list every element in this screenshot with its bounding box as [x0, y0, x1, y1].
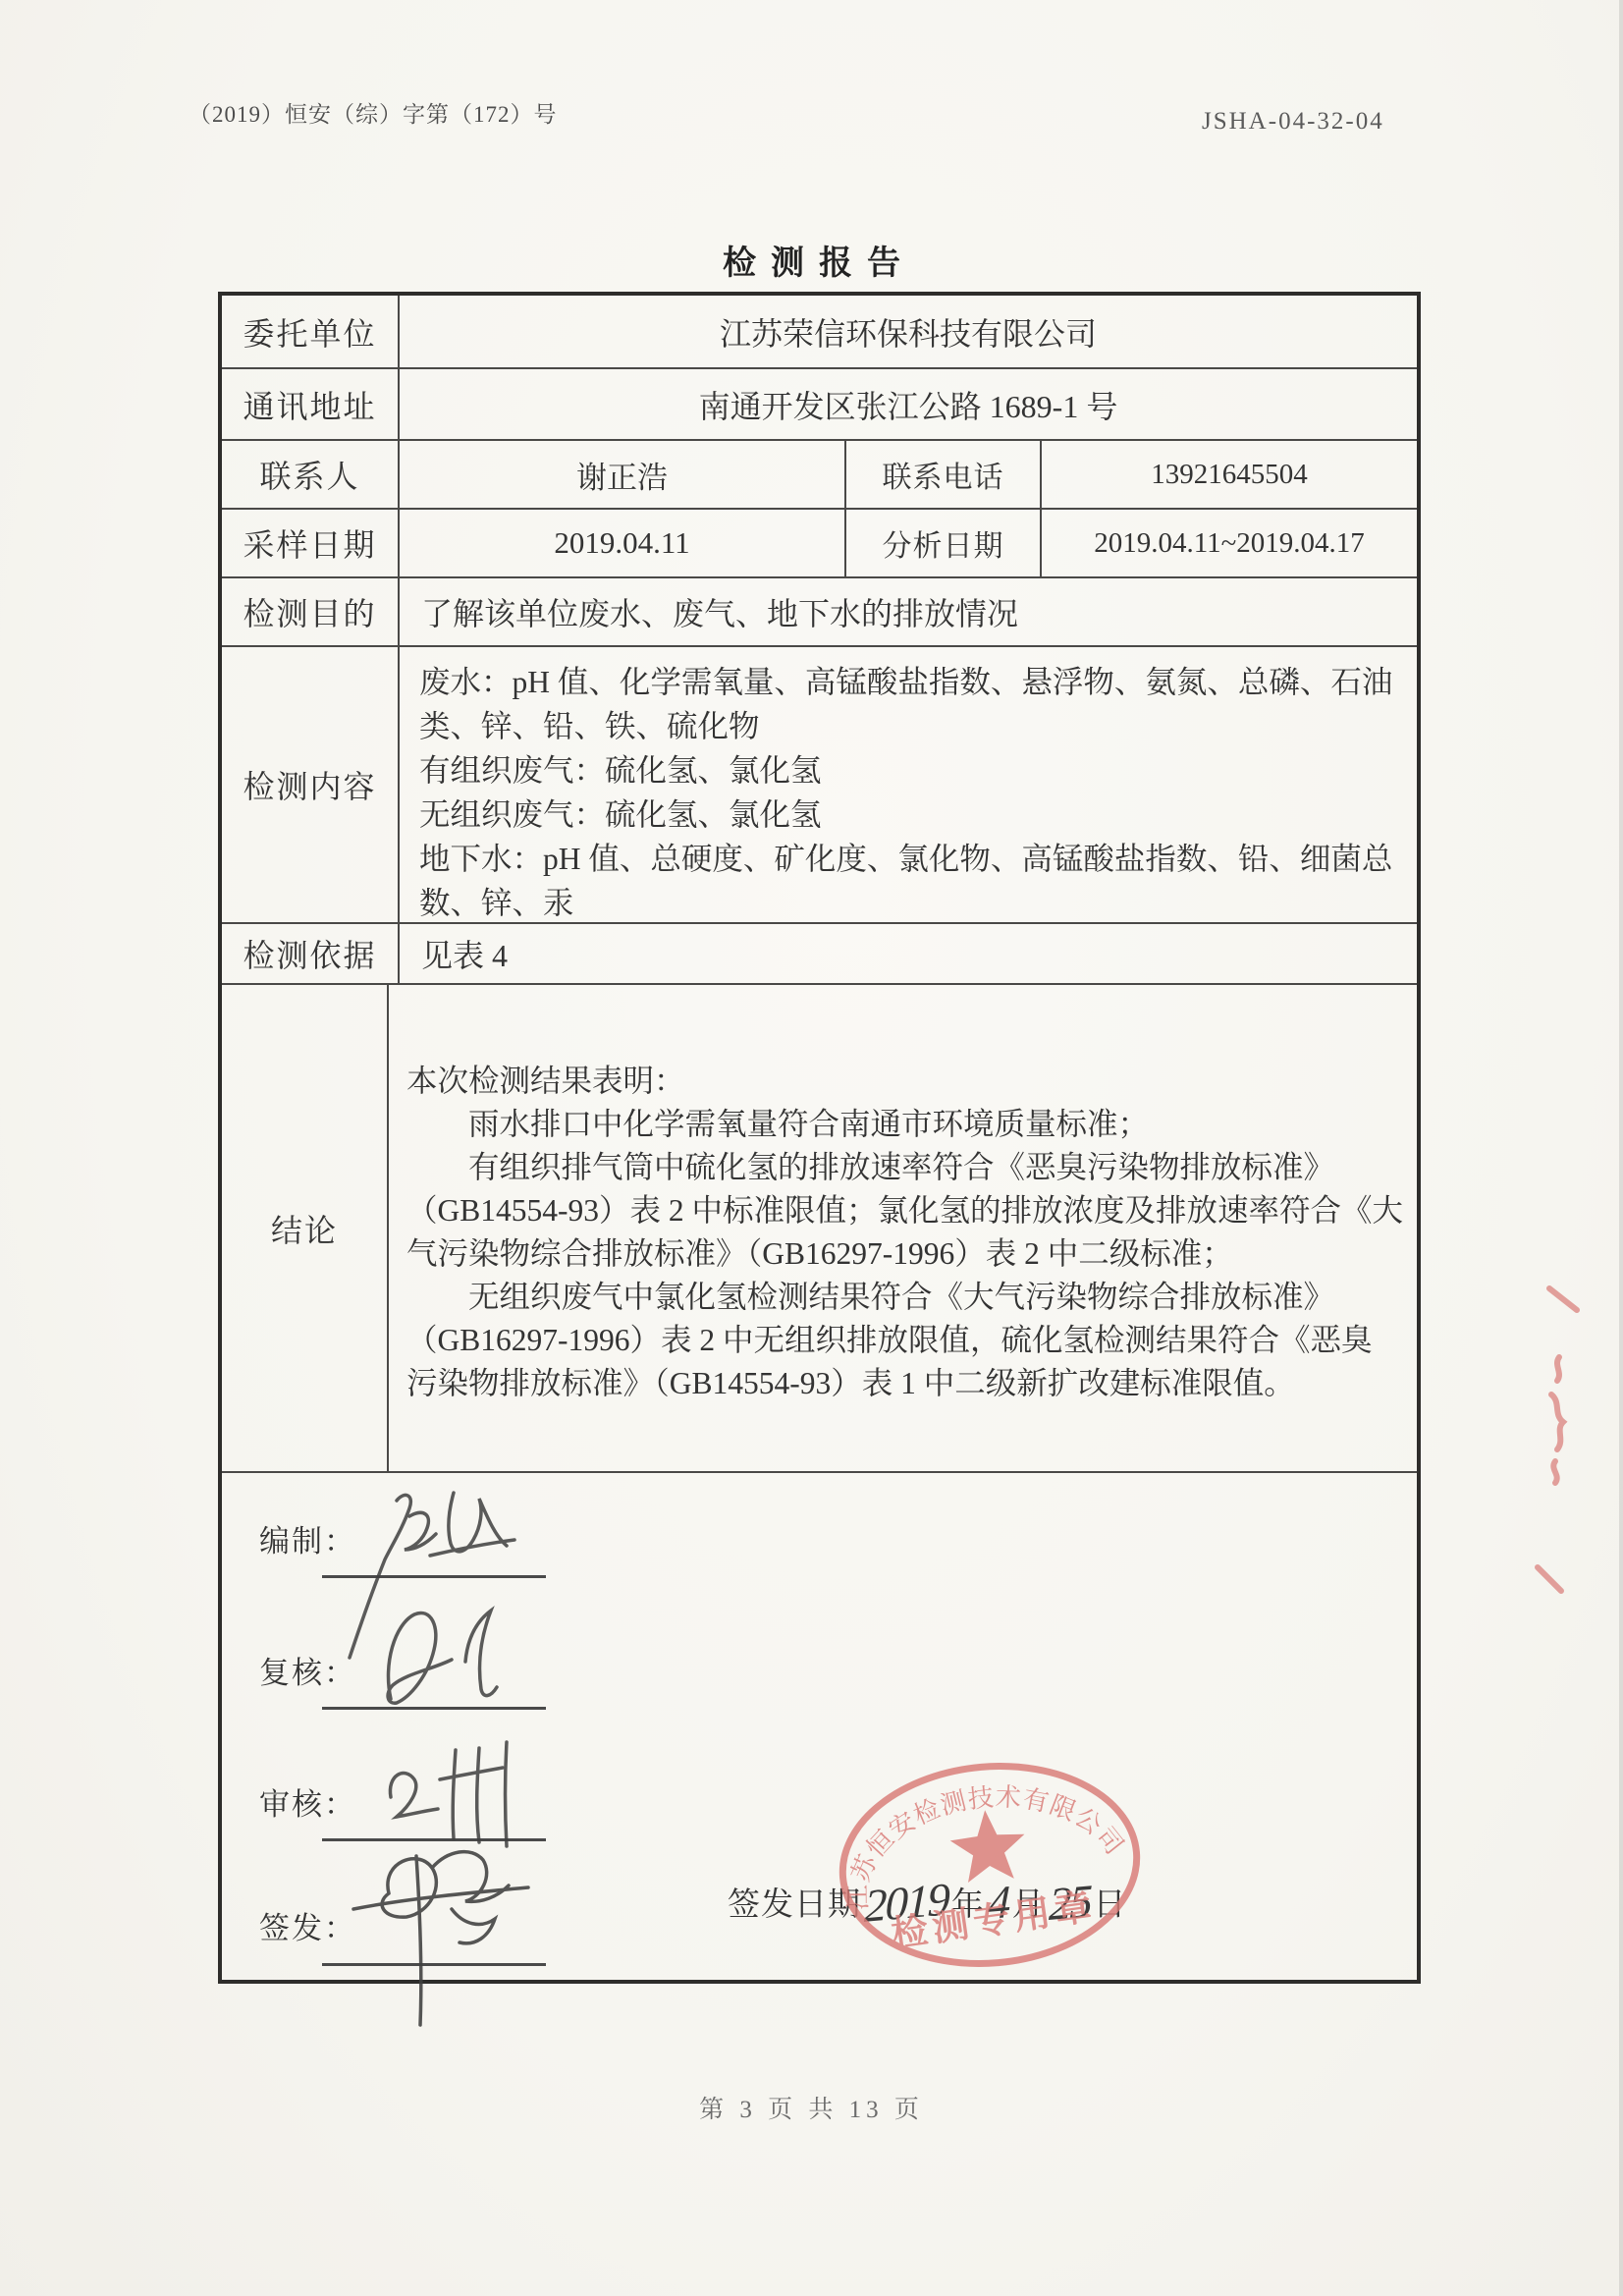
signature-scribble-prepared [336, 1483, 571, 1679]
content-value: 废水：pH 值、化学需氧量、高锰酸盐指数、悬浮物、氨氮、总磷、石油 类、锌、铅、… [400, 647, 1417, 922]
table-row-dates: 采样日期 2019.04.11 分析日期 2019.04.11~2019.04.… [222, 510, 1417, 578]
edge-stamp-fragment-icon [1520, 1267, 1589, 1620]
contact-value: 谢正浩 [400, 441, 846, 508]
content-line: 地下水：pH 值、总硬度、矿化度、氯化物、高锰酸盐指数、铅、细菌总 [419, 837, 1409, 881]
report-info-table: 委托单位 江苏荣信环保科技有限公司 通讯地址 南通开发区张江公路 1689-1 … [218, 292, 1421, 1984]
prepared-by: 编制： [259, 1516, 356, 1560]
sampling-date-label: 采样日期 [222, 510, 400, 576]
content-label: 检测内容 [222, 647, 400, 922]
content-line: 类、锌、铅、铁、硫化物 [419, 704, 1409, 748]
conclusion-line: （GB16297-1996）表 2 中无组织排放限值，硫化氢检测结果符合《恶臭 [406, 1319, 1403, 1362]
phone-label: 联系电话 [846, 441, 1042, 508]
client-label: 委托单位 [222, 296, 400, 367]
audit-label: 审核： [259, 1787, 356, 1822]
issued-by: 签发： [259, 1903, 356, 1947]
table-row-contact: 联系人 谢正浩 联系电话 13921645504 [222, 441, 1417, 510]
content-line: 有组织废气：硫化氢、氯化氢 [419, 748, 1409, 793]
signature-line [322, 1707, 546, 1710]
purpose-label: 检测目的 [222, 578, 400, 645]
signature-line [322, 1838, 546, 1841]
signature-scribble-audited [357, 1736, 544, 1854]
signature-scribble-issued [332, 1829, 587, 2035]
table-row-content: 检测内容 废水：pH 值、化学需氧量、高锰酸盐指数、悬浮物、氨氮、总磷、石油 类… [222, 647, 1417, 924]
table-row-purpose: 检测目的 了解该单位废水、废气、地下水的排放情况 [222, 578, 1417, 647]
issue-label: 签发： [259, 1911, 356, 1945]
conclusion-line: 有组织排气筒中硫化氢的排放速率符合《恶臭污染物排放标准》 [406, 1146, 1403, 1189]
conclusion-line: 本次检测结果表明： [406, 1060, 1403, 1103]
conclusion-line: 雨水排口中化学需氧量符合南通市环境质量标准； [406, 1103, 1403, 1146]
content-line: 无组织废气：硫化氢、氯化氢 [419, 793, 1409, 837]
conclusion-label: 结论 [222, 985, 389, 1471]
audited-by: 审核： [259, 1779, 356, 1824]
sampling-date-value: 2019.04.11 [400, 510, 846, 576]
conclusion-line: 无组织废气中氯化氢检测结果符合《大气污染物综合排放标准》 [406, 1276, 1403, 1319]
purpose-value: 了解该单位废水、废气、地下水的排放情况 [400, 578, 1417, 645]
table-row-client: 委托单位 江苏荣信环保科技有限公司 [222, 296, 1417, 369]
conclusion-value: 本次检测结果表明： 雨水排口中化学需氧量符合南通市环境质量标准； 有组织排气筒中… [389, 985, 1417, 1471]
page-footer: 第 3 页 共 13 页 [0, 2090, 1623, 2125]
basis-value: 见表 4 [400, 924, 1417, 983]
table-row-address: 通讯地址 南通开发区张江公路 1689-1 号 [222, 369, 1417, 441]
stamp-star-icon [947, 1807, 1028, 1884]
scan-edge-shadow [1619, 0, 1623, 2296]
table-row-basis: 检测依据 见表 4 [222, 924, 1417, 985]
prepared-label: 编制： [259, 1524, 356, 1558]
signature-section: 编制： 复核： 审核 [222, 1473, 1417, 1980]
content-line: 废水：pH 值、化学需氧量、高锰酸盐指数、悬浮物、氨氮、总磷、石油 [419, 660, 1409, 704]
page-title: 检测报告 [0, 236, 1623, 284]
phone-value: 13921645504 [1042, 441, 1417, 508]
signature-scribble-reviewed [348, 1597, 544, 1724]
review-label: 复核： [259, 1656, 356, 1690]
conclusion-line: 污染物排放标准》（GB14554-93）表 1 中二级新扩改建标准限值。 [406, 1362, 1403, 1405]
analysis-date-value: 2019.04.11~2019.04.17 [1042, 510, 1417, 576]
table-row-conclusion: 结论 本次检测结果表明： 雨水排口中化学需氧量符合南通市环境质量标准； 有组织排… [222, 985, 1417, 1473]
signature-line [322, 1963, 546, 1966]
doc-code: JSHA-04-32-04 [1202, 108, 1384, 136]
analysis-date-label: 分析日期 [846, 510, 1042, 576]
doc-number: （2019）恒安（综）字第（172）号 [189, 96, 558, 129]
address-label: 通讯地址 [222, 369, 400, 439]
company-stamp: 江苏恒安检测技术有限公司 检测专用章 [819, 1742, 1161, 1988]
signature-line [322, 1575, 546, 1578]
basis-label: 检测依据 [222, 924, 400, 983]
conclusion-line: （GB14554-93）表 2 中标准限值；氯化氢的排放浓度及排放速率符合《大 [406, 1189, 1403, 1232]
reviewed-by: 复核： [259, 1648, 356, 1692]
address-value: 南通开发区张江公路 1689-1 号 [400, 369, 1417, 439]
contact-label: 联系人 [222, 441, 400, 508]
scanned-report-page: （2019）恒安（综）字第（172）号 JSHA-04-32-04 检测报告 委… [0, 0, 1623, 2296]
client-value: 江苏荣信环保科技有限公司 [400, 296, 1417, 367]
content-line: 数、锌、汞 [419, 881, 1409, 925]
conclusion-line: 气污染物综合排放标准》（GB16297-1996）表 2 中二级标准； [406, 1232, 1403, 1276]
